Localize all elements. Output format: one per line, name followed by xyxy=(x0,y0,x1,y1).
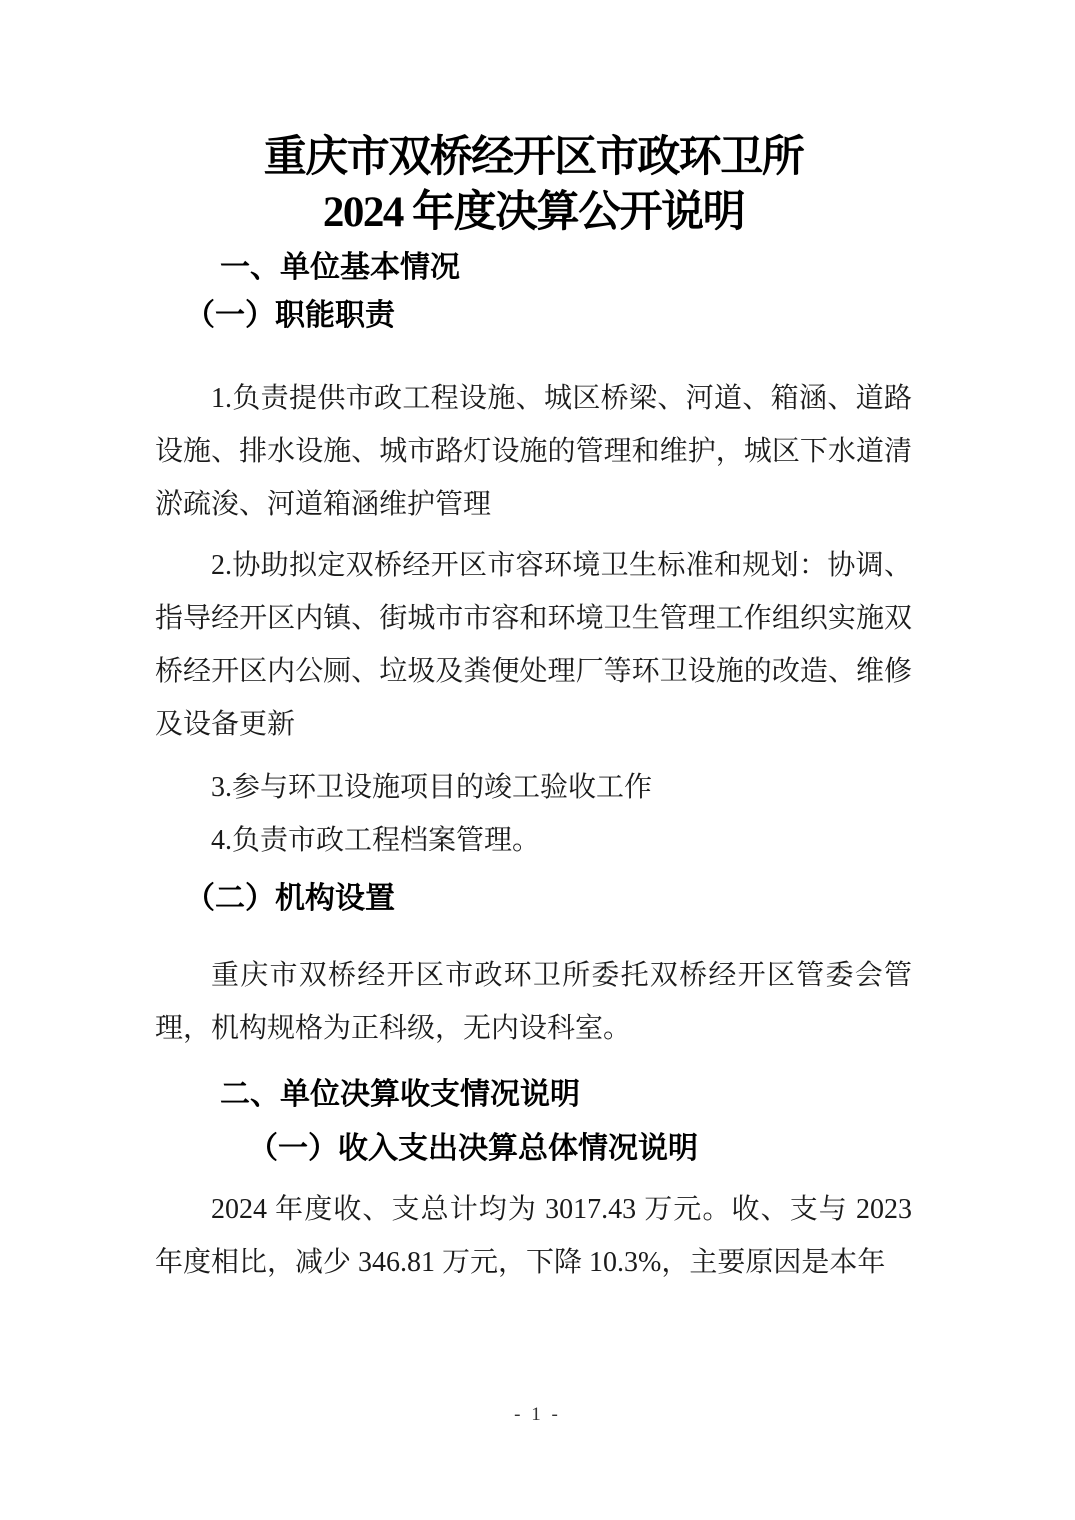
document-title: 重庆市双桥经开区市政环卫所 2024 年度决算公开说明 xyxy=(155,0,912,240)
duty-item-1: 1.负责提供市政工程设施、城区桥梁、河道、箱涵、道路设施、排水设施、城市路灯设施… xyxy=(155,372,912,531)
document-page: 重庆市双桥经开区市政环卫所 2024 年度决算公开说明 一、单位基本情况 （一）… xyxy=(0,0,1075,1520)
subsection-heading-organization: （二）机构设置 xyxy=(155,881,912,917)
title-line-1: 重庆市双桥经开区市政环卫所 xyxy=(155,130,912,185)
duty-item-4: 4.负责市政工程档案管理。 xyxy=(155,814,912,867)
overview-paragraph: 2024 年度收、支总计均为 3017.43 万元。收、支与 2023 年度相比… xyxy=(155,1183,912,1289)
page-number: - 1 - xyxy=(0,1403,1075,1427)
duty-item-2: 2.协助拟定双桥经开区市容环境卫生标准和规划：协调、指导经开区内镇、街城市市容和… xyxy=(155,539,912,751)
subsection-heading-overview: （一）收入支出决算总体情况说明 xyxy=(155,1131,912,1167)
subsection-heading-duties: （一）职能职责 xyxy=(155,298,912,334)
section-heading-budget: 二、单位决算收支情况说明 xyxy=(155,1077,912,1113)
duty-item-3: 3.参与环卫设施项目的竣工验收工作 xyxy=(155,761,912,814)
section-heading-basic-info: 一、单位基本情况 xyxy=(155,250,912,286)
title-line-2: 2024 年度决算公开说明 xyxy=(155,185,912,240)
organization-paragraph: 重庆市双桥经开区市政环卫所委托双桥经开区管委会管理，机构规格为正科级，无内设科室… xyxy=(155,949,912,1055)
document-content: 重庆市双桥经开区市政环卫所 2024 年度决算公开说明 一、单位基本情况 （一）… xyxy=(155,0,912,1289)
